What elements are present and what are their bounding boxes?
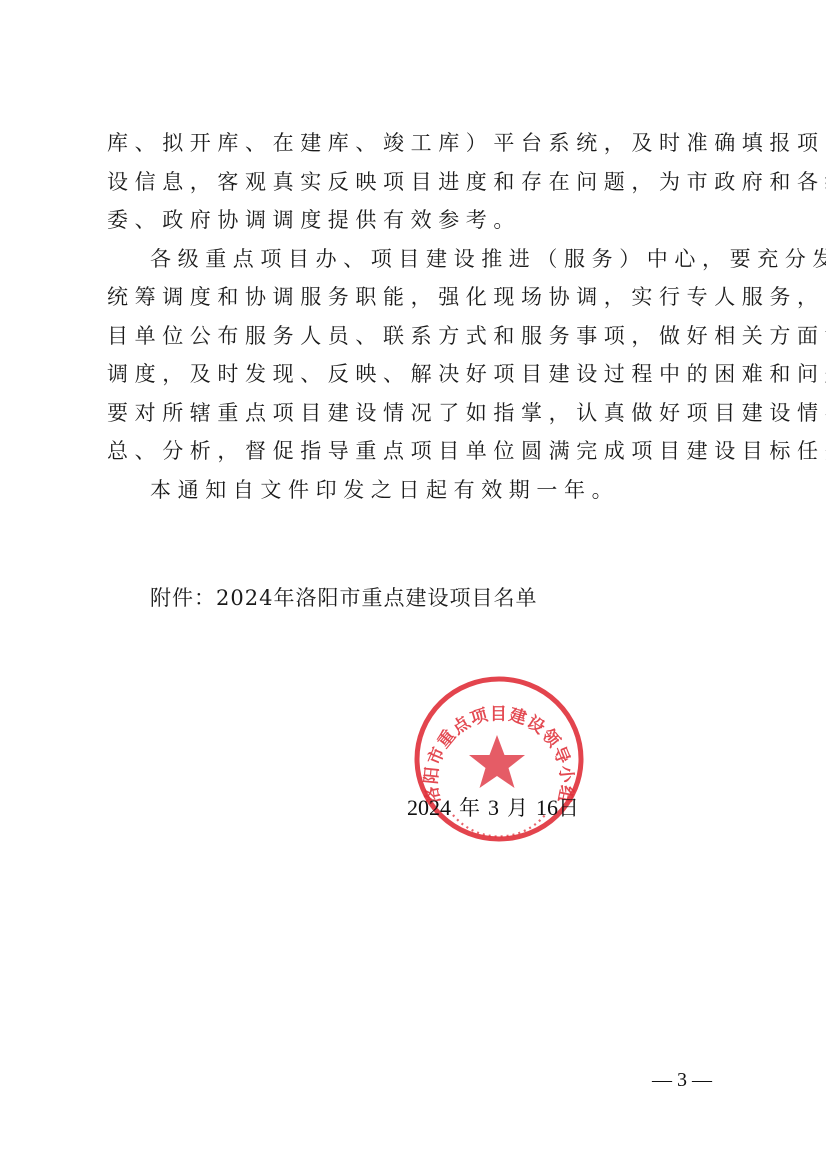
text-line: 委、政府协调调度提供有效参考。	[107, 201, 719, 240]
text-line: 本通知自文件印发之日起有效期一年。	[107, 471, 719, 510]
text-line: 统筹调度和协调服务职能，强化现场协调，实行专人服务，向项	[107, 278, 719, 317]
date-day-unit: 日	[558, 796, 579, 820]
text-line: 总、分析，督促指导重点项目单位圆满完成项目建设目标任务。	[107, 432, 719, 471]
document-page: 库、拟开库、在建库、竣工库）平台系统，及时准确填报项目建 设信息，客观真实反映项…	[0, 0, 826, 1169]
svg-text:洛阳市重点项目建设领导小组: 洛阳市重点项目建设领导小组	[421, 704, 578, 805]
star-icon	[469, 735, 525, 788]
text-line: 库、拟开库、在建库、竣工库）平台系统，及时准确填报项目建	[107, 124, 719, 163]
paragraph: 库、拟开库、在建库、竣工库）平台系统，及时准确填报项目建 设信息，客观真实反映项…	[107, 124, 719, 240]
text-line: 目单位公布服务人员、联系方式和服务事项，做好相关方面协调	[107, 317, 719, 356]
paragraph: 各级重点项目办、项目建设推进（服务）中心，要充分发挥 统筹调度和协调服务职能，强…	[107, 240, 719, 471]
paragraph: 本通知自文件印发之日起有效期一年。	[107, 471, 719, 510]
date-day: 16	[536, 795, 558, 820]
text-line: 各级重点项目办、项目建设推进（服务）中心，要充分发挥	[107, 240, 719, 279]
body-text: 库、拟开库、在建库、竣工库）平台系统，及时准确填报项目建 设信息，客观真实反映项…	[107, 124, 719, 509]
attachment-line: 附件：2024年洛阳市重点建设项目名单	[150, 583, 537, 613]
text-line: 要对所辖重点项目建设情况了如指掌，认真做好项目建设情况汇	[107, 394, 719, 433]
date-month: 3	[488, 795, 499, 820]
seal-text: 洛阳市重点项目建设领导小组	[421, 704, 578, 805]
text-line: 调度，及时发现、反映、解决好项目建设过程中的困难和问题，	[107, 355, 719, 394]
date-year: 2024	[407, 795, 451, 820]
attachment-label: 附件：	[150, 586, 216, 610]
issue-date: 2024年3月16日	[407, 793, 579, 823]
attachment-title: 2024年洛阳市重点建设项目名单	[216, 586, 537, 610]
text-line: 设信息，客观真实反映项目进度和存在问题，为市政府和各级党	[107, 163, 719, 202]
page-number: — 3 —	[652, 1068, 712, 1092]
date-month-unit: 月	[507, 796, 528, 820]
date-year-unit: 年	[459, 796, 480, 820]
